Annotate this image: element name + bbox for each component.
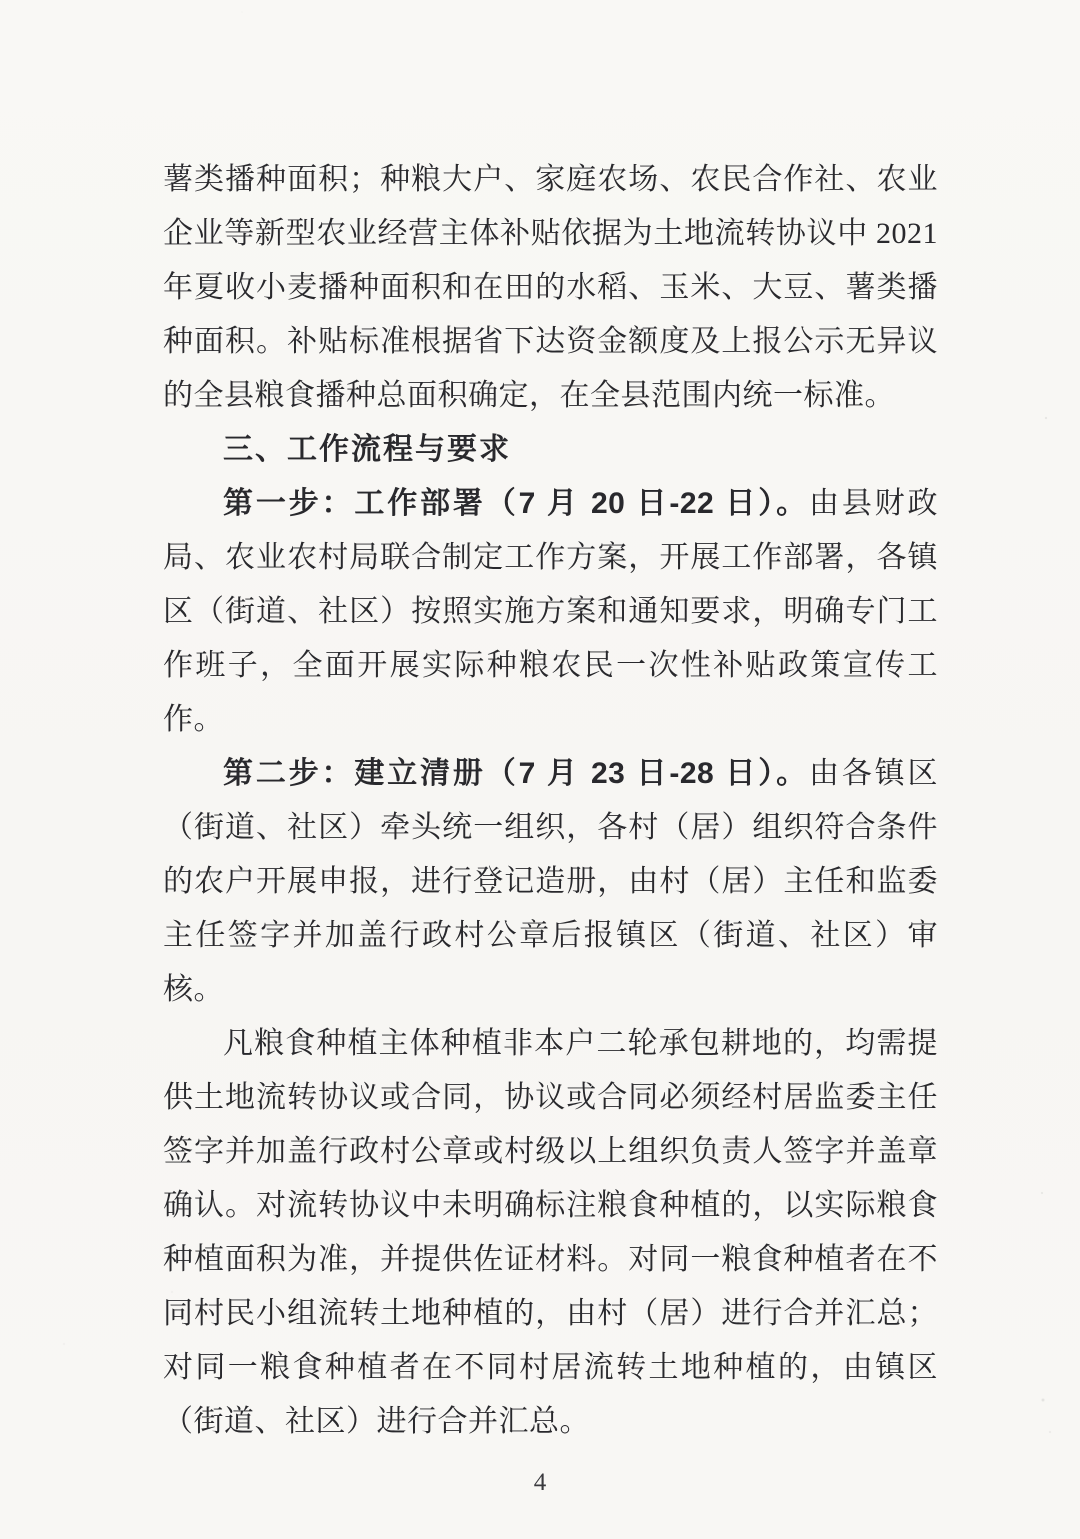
paragraph-step1: 第一步：工作部署（7 月 20 日-22 日）。由县财政局、农业农村局联合制定工… <box>163 477 938 747</box>
section-heading-workflow: 三、工作流程与要求 <box>163 423 938 477</box>
step2-body: 由各镇区（街道、社区）牵头统一组织，各村（居）组织符合条件的农户开展申报，进行登… <box>163 757 938 1006</box>
page-number: 4 <box>0 1469 1080 1497</box>
step1-lead: 第一步：工作部署（7 月 20 日-22 日）。 <box>223 487 809 520</box>
paragraph-step2: 第二步：建立清册（7 月 23 日-28 日）。由各镇区（街道、社区）牵头统一组… <box>163 747 938 1017</box>
step1-body: 由县财政局、农业农村局联合制定工作方案，开展工作部署，各镇区（街道、社区）按照实… <box>163 487 938 736</box>
document-text-block: 薯类播种面积；种粮大户、家庭农场、农民合作社、农业企业等新型农业经营主体补贴依据… <box>163 153 938 1449</box>
step2-lead: 第二步：建立清册（7 月 23 日-28 日）。 <box>223 757 809 790</box>
scanned-document-page: 薯类播种面积；种粮大户、家庭农场、农民合作社、农业企业等新型农业经营主体补贴依据… <box>0 0 1080 1539</box>
paragraph-flow-rules: 凡粮食种植主体种植非本户二轮承包耕地的，均需提供土地流转协议或合同，协议或合同必… <box>163 1017 938 1449</box>
paragraph-intro: 薯类播种面积；种粮大户、家庭农场、农民合作社、农业企业等新型农业经营主体补贴依据… <box>163 153 938 423</box>
